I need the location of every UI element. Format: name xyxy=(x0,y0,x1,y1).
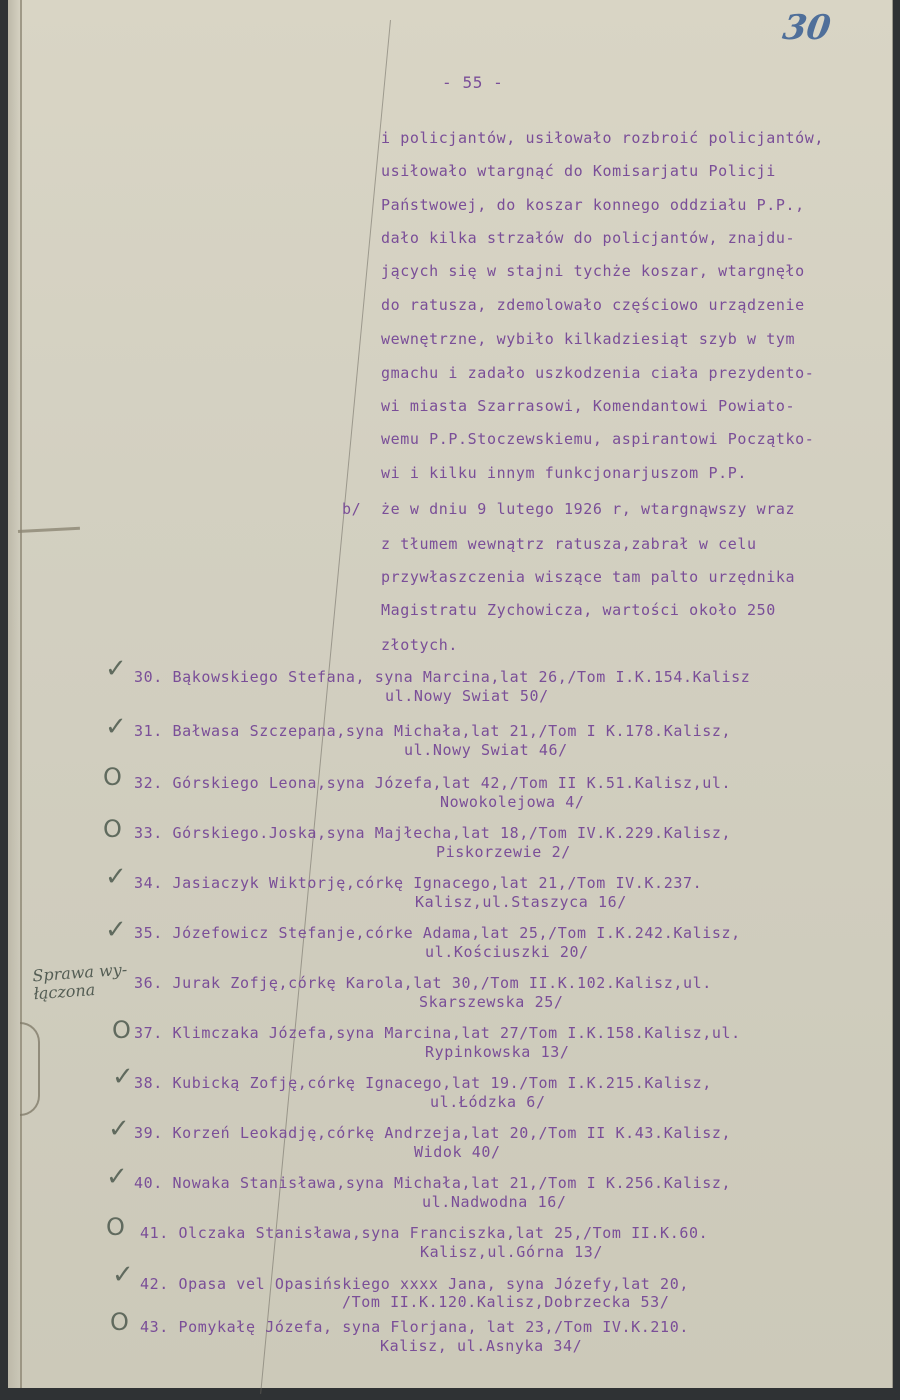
handwritten-margin-note: Sprawa wy- łączona xyxy=(32,961,129,1004)
entry-row: 35. Józefowicz Stefanje,córke Adama,lat … xyxy=(134,924,741,942)
entry-address: Piskorzewie 2/ xyxy=(436,843,571,861)
paragraph-line: Państwowej, do koszar konnego oddziału P… xyxy=(381,196,805,214)
entry-address: Widok 40/ xyxy=(414,1143,501,1161)
paragraph-line: wi i kilku innym funkcjonarjuszom P.P. xyxy=(381,464,747,482)
entry-address: /Tom II.K.120.Kalisz,Dobrzecka 53/ xyxy=(342,1293,669,1311)
item-b-line: złotych. xyxy=(381,636,458,654)
entry-row: 37. Klimczaka Józefa,syna Marcina,lat 27… xyxy=(134,1024,741,1042)
entry-row: 30. Bąkowskiego Stefana, syna Marcina,la… xyxy=(134,668,750,686)
entry-row: 38. Kubicką Zofję,córkę Ignacego,lat 19.… xyxy=(134,1074,712,1092)
pencil-check-icon: ✓ xyxy=(112,1064,134,1090)
pencil-check-icon: ✓ xyxy=(108,1116,130,1142)
entry-address: Kalisz,ul.Górna 13/ xyxy=(420,1243,603,1261)
pencil-circle-icon: O xyxy=(112,1018,131,1042)
binding-thread xyxy=(20,0,22,1388)
paragraph-line: i policjantów, usiłowało rozbroić policj… xyxy=(381,129,824,147)
entry-row: 43. Pomykałę Józefa, syna Florjana, lat … xyxy=(140,1318,689,1336)
paragraph-line: wi miasta Szarrasowi, Komendantowi Powia… xyxy=(381,397,795,415)
entry-address: Kalisz, ul.Asnyka 34/ xyxy=(380,1337,582,1355)
binding-thread-loop xyxy=(20,1022,40,1116)
item-b-line: że w dniu 9 lutego 1926 r, wtargnąwszy w… xyxy=(381,500,795,518)
entry-address: ul.Łódzka 6/ xyxy=(430,1093,546,1111)
entry-row: 36. Jurak Zofję,córkę Karola,lat 30,/Tom… xyxy=(134,974,712,992)
pencil-circle-icon: O xyxy=(103,817,122,841)
item-b-marker: b/ xyxy=(342,500,361,518)
paragraph-line: dało kilka strzałów do policjantów, znaj… xyxy=(381,229,795,247)
paragraph-line: usiłowało wtargnąć do Komisarjatu Policj… xyxy=(381,162,776,180)
entry-row: 32. Górskiego Leona,syna Józefa,lat 42,/… xyxy=(134,774,731,792)
paragraph-line: wewnętrzne, wybiło kilkadziesiąt szyb w … xyxy=(381,330,795,348)
entry-row: 33. Górskiego.Joska,syna Majłecha,lat 18… xyxy=(134,824,731,842)
paragraph-line: wemu P.P.Stoczewskiemu, aspirantowi Pocz… xyxy=(381,430,814,448)
paragraph-line: gmachu i zadało uszkodzenia ciała prezyd… xyxy=(381,364,814,382)
paragraph-line: jących się w stajni tychże koszar, wtarg… xyxy=(381,262,805,280)
entry-row: 34. Jasiaczyk Wiktorję,córkę Ignacego,la… xyxy=(134,874,702,892)
pencil-check-icon: ✓ xyxy=(106,1164,128,1190)
entry-row: 40. Nowaka Stanisława,syna Michała,lat 2… xyxy=(134,1174,731,1192)
folio-number: 30 xyxy=(780,8,833,48)
entry-address: Rypinkowska 13/ xyxy=(425,1043,569,1061)
pencil-check-icon: ✓ xyxy=(105,917,127,943)
pencil-check-icon: ✓ xyxy=(105,714,127,740)
pencil-check-icon: ✓ xyxy=(105,864,127,890)
entry-address: ul.Kościuszki 20/ xyxy=(425,943,589,961)
entry-address: Kalisz,ul.Staszyca 16/ xyxy=(415,893,627,911)
entry-row: 42. Opasa vel Opasińskiego xxxx Jana, sy… xyxy=(140,1275,689,1293)
entry-row: 39. Korzeń Leokadję,córkę Andrzeja,lat 2… xyxy=(134,1124,731,1142)
pencil-check-icon: ✓ xyxy=(112,1262,134,1288)
pencil-circle-icon: O xyxy=(106,1215,125,1239)
entry-address: Skarszewska 25/ xyxy=(419,993,563,1011)
entry-row: 31. Bałwasa Szczepana,syna Michała,lat 2… xyxy=(134,722,731,740)
item-b-line: przywłaszczenia wiszące tam palto urzędn… xyxy=(381,568,795,586)
entry-address: ul.Nowy Swiat 46/ xyxy=(404,741,568,759)
page-number: - 55 - xyxy=(442,73,503,92)
paragraph-line: do ratusza, zdemolowało częściowo urządz… xyxy=(381,296,805,314)
entry-address: Nowokolejowa 4/ xyxy=(440,793,584,811)
pencil-circle-icon: O xyxy=(110,1310,129,1334)
pencil-check-icon: ✓ xyxy=(105,656,127,682)
pencil-circle-icon: O xyxy=(103,765,122,789)
entry-row: 41. Olczaka Stanisława,syna Franciszka,l… xyxy=(140,1224,708,1242)
entry-address: ul.Nowy Swiat 50/ xyxy=(385,687,549,705)
item-b-line: Magistratu Zychowicza, wartości około 25… xyxy=(381,601,776,619)
item-b-line: z tłumem wewnątrz ratusza,zabrał w celu xyxy=(381,535,757,553)
entry-address: ul.Nadwodna 16/ xyxy=(422,1193,566,1211)
